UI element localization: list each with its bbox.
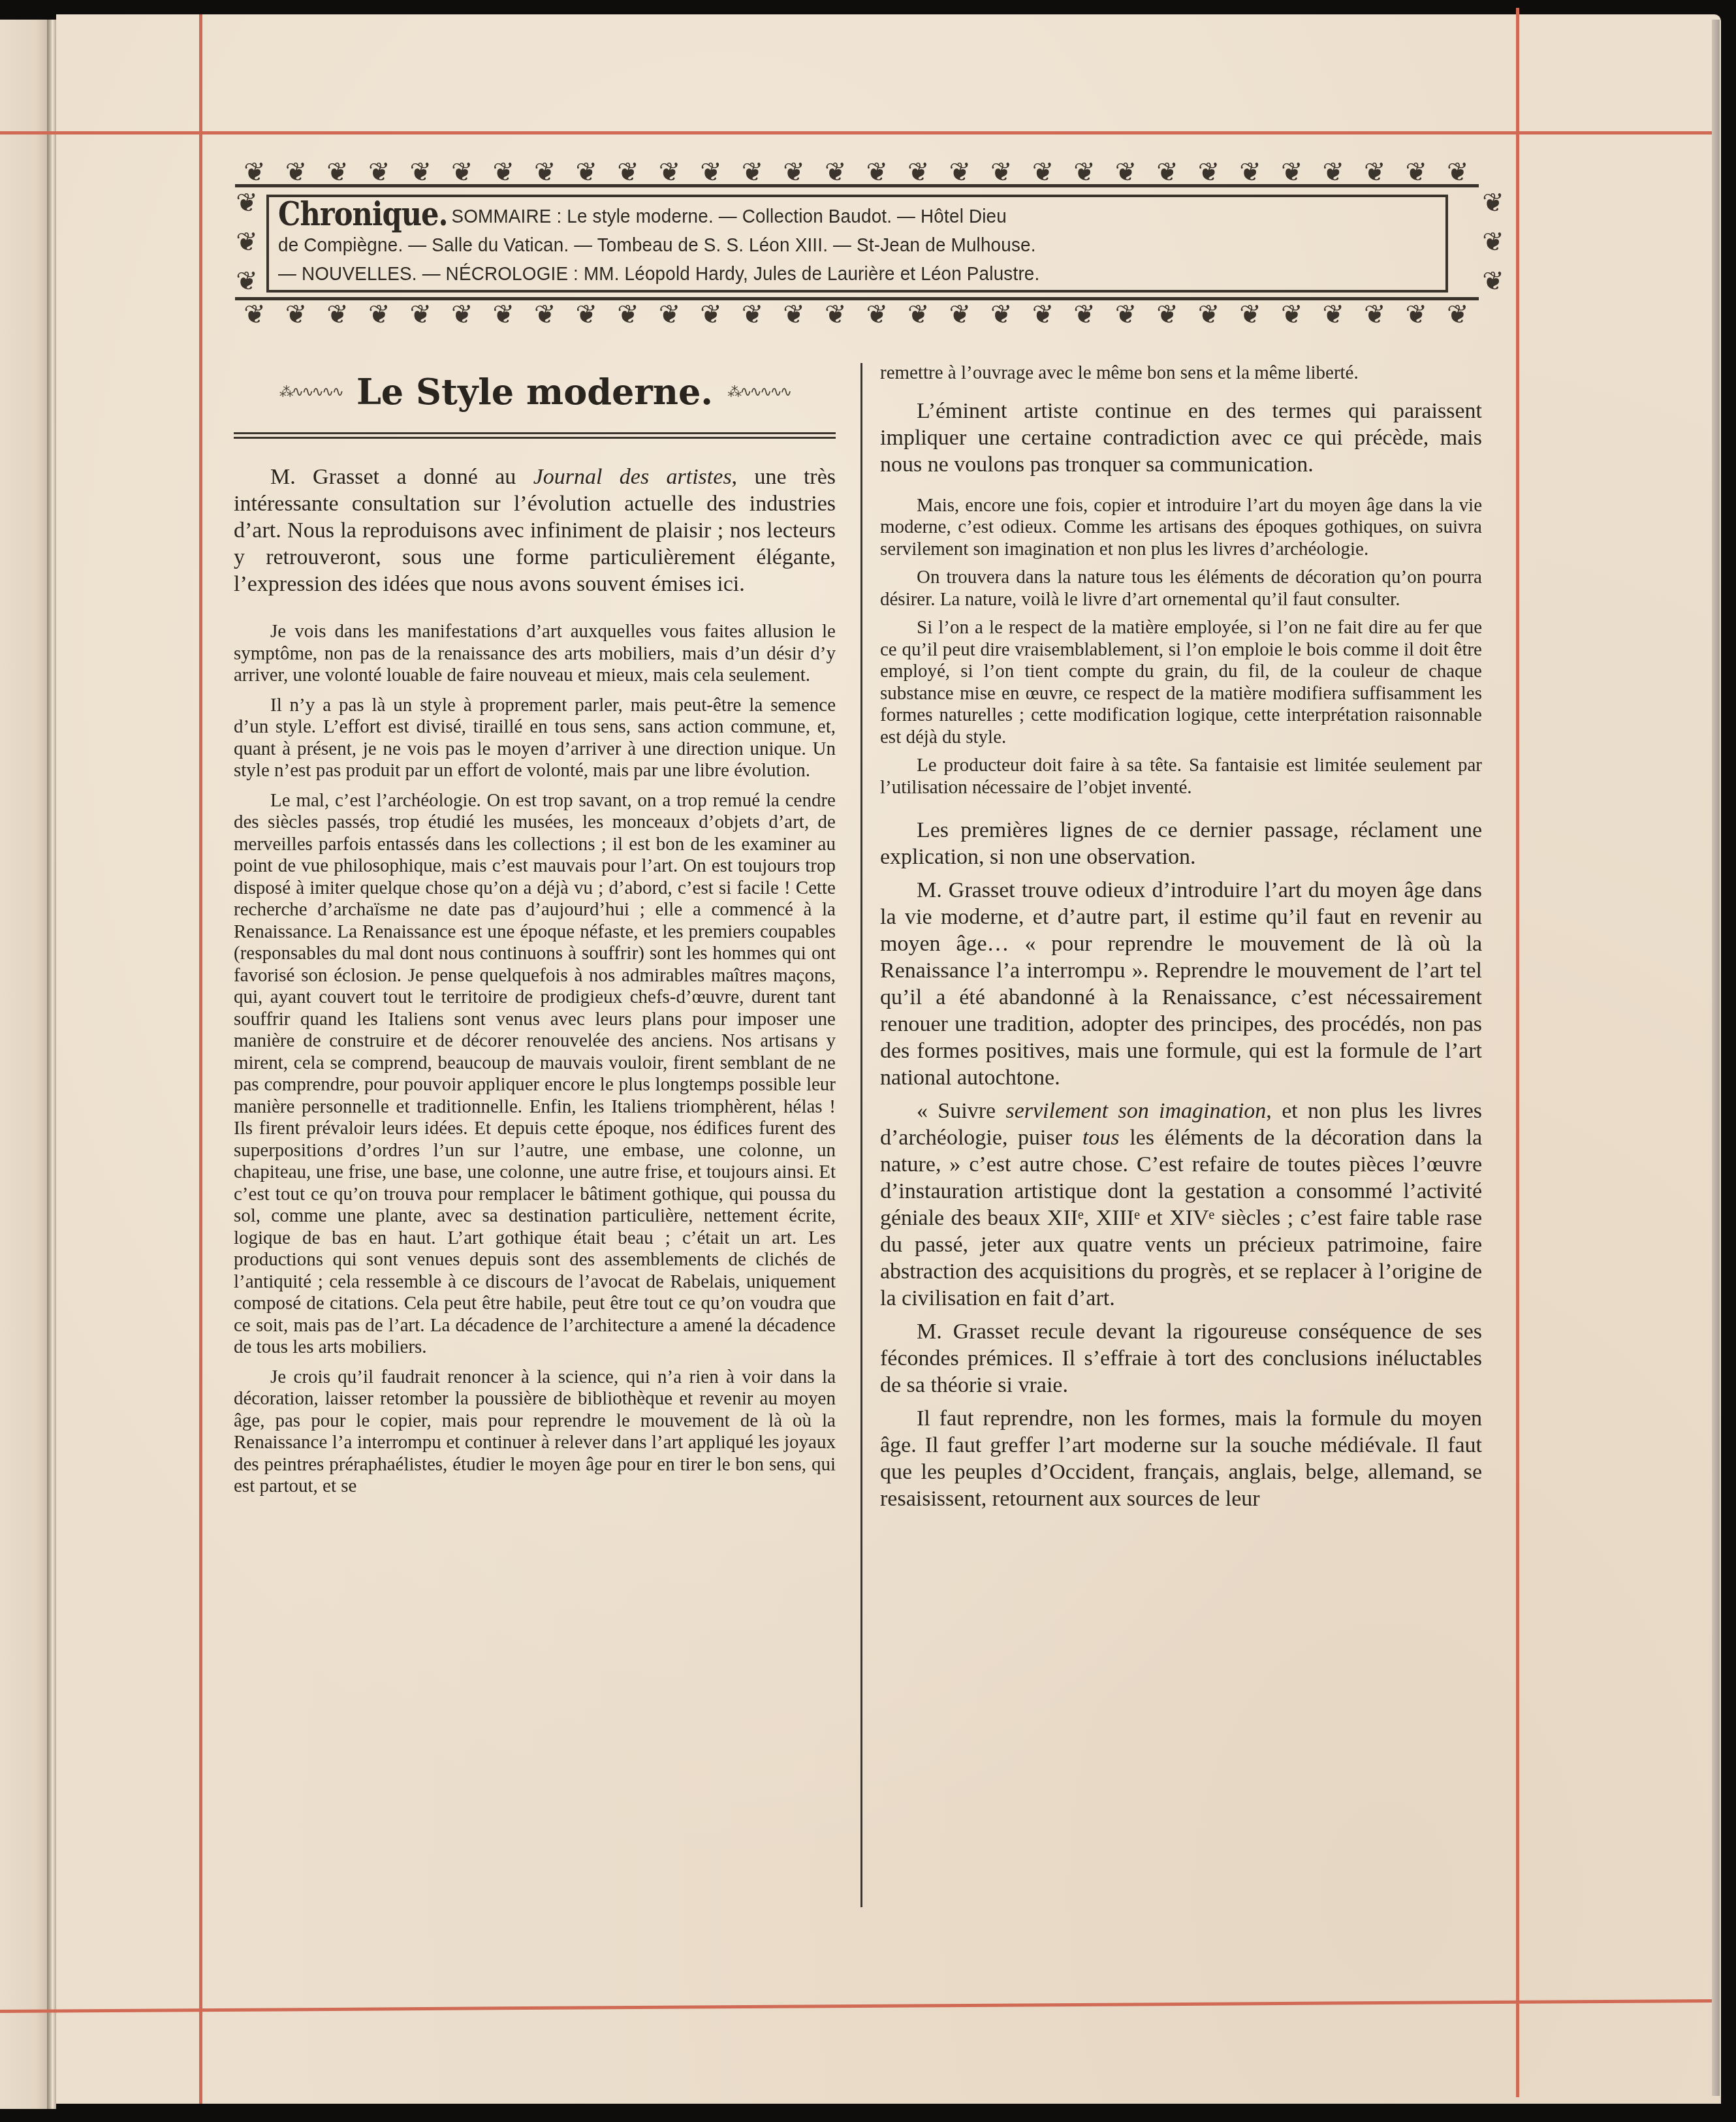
zigzag-ornament-icon: ⁂∿∿∿∿∿: [727, 384, 790, 400]
book-gutter: [47, 20, 56, 2109]
floral-ornament-icon: ❦: [774, 299, 815, 330]
sommaire-line-2: de Compiègne. — Salle du Vatican. — Tomb…: [278, 231, 1390, 260]
zigzag-ornament-icon: ⁂∿∿∿∿∿: [279, 384, 342, 400]
double-rule-divider: [234, 432, 836, 439]
floral-ornament-icon: ❦: [1314, 299, 1354, 330]
floral-ornament-icon: ❦: [526, 299, 566, 330]
sommaire-label: SOMMAIRE :: [451, 206, 561, 227]
chronique-banner: ❦ ❦ ❦ ❦ ❦ ❦ ❦ ❦ ❦ ❦ ❦ ❦ ❦ ❦ ❦ ❦ ❦ ❦ ❦ ❦ …: [235, 157, 1479, 330]
floral-ornament-icon: ❦: [691, 299, 732, 330]
floral-ornament-icon: ❦: [1065, 157, 1105, 188]
floral-ornament-icon: ❦: [443, 299, 483, 330]
quote-paragraph: On trouvera dans la nature tous les élém…: [880, 567, 1482, 610]
floral-ornament-icon: ❦: [360, 157, 400, 188]
floral-ornament-icon: ❦: [733, 299, 774, 330]
floral-ornament-icon: ❦: [733, 157, 774, 188]
floral-ornament-icon: ❦: [982, 157, 1022, 188]
floral-ornament-icon: ❦: [318, 157, 358, 188]
floral-ornament-icon: ❦: [1479, 227, 1507, 257]
quote-text: « Suivre: [917, 1099, 1005, 1123]
article-title: Le Style moderne.: [356, 371, 713, 413]
floral-ornament-icon: ❦: [1148, 299, 1188, 330]
floral-ornament-icon: ❦: [567, 157, 607, 188]
quote-paragraph: Le mal, c’est l’archéologie. On est trop…: [234, 790, 836, 1359]
floral-ornament-icon: ❦: [401, 299, 441, 330]
floral-ornament-icon: ❦: [484, 299, 524, 330]
floral-ornament-icon: ❦: [1231, 157, 1271, 188]
floral-ornament-icon: ❦: [1148, 157, 1188, 188]
floral-ornament-icon: ❦: [1438, 157, 1479, 188]
floral-ornament-icon: ❦: [1106, 299, 1146, 330]
quote-paragraph: Le producteur doit faire à sa tête. Sa f…: [880, 755, 1482, 799]
quote-paragraph: Il n’y a pas là un style à proprement pa…: [234, 695, 836, 782]
quote-continuation: remettre à l’ouvrage avec le même bon se…: [880, 362, 1482, 385]
column-right: remettre à l’ouvrage avec le même bon se…: [880, 362, 1482, 1512]
floral-ornament-icon: ❦: [857, 299, 898, 330]
floral-ornament-icon: ❦: [1479, 266, 1507, 296]
floral-ornament-icon: ❦: [1106, 157, 1146, 188]
sommaire-line-1: Chronique.SOMMAIRE : Le style moderne. —…: [278, 200, 1390, 231]
commentary-paragraph: M. Grasset trouve odieux d’introduire l’…: [880, 877, 1482, 1091]
quote-paragraph: Mais, encore une fois, copier et introdu…: [880, 495, 1482, 561]
floral-ornament-border-top: ❦ ❦ ❦ ❦ ❦ ❦ ❦ ❦ ❦ ❦ ❦ ❦ ❦ ❦ ❦ ❦ ❦ ❦ ❦ ❦ …: [235, 157, 1479, 188]
floral-ornament-icon: ❦: [235, 299, 276, 330]
commentary-paragraph: M. Grasset recule devant la rigoureuse c…: [880, 1318, 1482, 1399]
floral-ornament-icon: ❦: [940, 157, 981, 188]
floral-ornament-icon: ❦: [816, 157, 857, 188]
floral-ornament-icon: ❦: [1397, 157, 1437, 188]
floral-ornament-icon: ❦: [360, 299, 400, 330]
red-margin-rule-right: [1516, 8, 1519, 2097]
quote-paragraph: Si l’on a le respect de la matière emplo…: [880, 617, 1482, 748]
floral-ornament-icon: ❦: [1190, 157, 1230, 188]
commentary-text: les éléments de la décoration dans la na…: [880, 1126, 1482, 1310]
floral-ornament-icon: ❦: [1355, 299, 1396, 330]
floral-ornament-icon: ❦: [443, 157, 483, 188]
intro-paragraph: M. Grasset a donné au Journal des artist…: [234, 464, 836, 597]
floral-ornament-icon: ❦: [277, 299, 317, 330]
floral-ornament-icon: ❦: [899, 157, 939, 188]
commentary-paragraph: « Suivre servilement son imagination, et…: [880, 1098, 1482, 1312]
floral-ornament-icon: ❦: [1272, 299, 1313, 330]
floral-ornament-icon: ❦: [1397, 299, 1437, 330]
floral-ornament-icon: ❦: [1190, 299, 1230, 330]
floral-ornament-icon: ❦: [277, 157, 317, 188]
emphasis-text: tous: [1082, 1126, 1120, 1150]
floral-ornament-icon: ❦: [774, 157, 815, 188]
floral-ornament-icon: ❦: [691, 157, 732, 188]
facing-page-edge: [0, 20, 51, 2109]
commentary-paragraph: Les premières lignes de ce dernier passa…: [880, 817, 1482, 870]
floral-ornament-icon: ❦: [401, 157, 441, 188]
journal-title: Journal des artistes: [533, 465, 732, 489]
floral-ornament-border-right: ❦ ❦ ❦: [1479, 183, 1507, 300]
red-margin-rule-left: [199, 14, 202, 2104]
section-title-chronique: Chronique.: [278, 195, 448, 233]
red-margin-rule-top: [0, 131, 1712, 135]
floral-ornament-icon: ❦: [1065, 299, 1105, 330]
floral-ornament-icon: ❦: [608, 157, 649, 188]
floral-ornament-icon: ❦: [1272, 157, 1313, 188]
intro-text: M. Grasset a donné au: [270, 465, 533, 489]
floral-ornament-icon: ❦: [940, 299, 981, 330]
quote-paragraph: Je crois qu’il faudrait renoncer à la sc…: [234, 1367, 836, 1498]
floral-ornament-icon: ❦: [899, 299, 939, 330]
floral-ornament-icon: ❦: [526, 157, 566, 188]
floral-ornament-icon: ❦: [1314, 157, 1354, 188]
page-stack-edge: [1712, 20, 1720, 2096]
floral-ornament-icon: ❦: [1438, 299, 1479, 330]
floral-ornament-icon: ❦: [1023, 299, 1064, 330]
commentary-paragraph: Il faut reprendre, non les formes, mais …: [880, 1405, 1482, 1512]
sommaire-box: Chronique.SOMMAIRE : Le style moderne. —…: [266, 195, 1448, 293]
floral-ornament-icon: ❦: [1355, 157, 1396, 188]
floral-ornament-icon: ❦: [567, 299, 607, 330]
floral-ornament-icon: ❦: [318, 299, 358, 330]
floral-ornament-icon: ❦: [1231, 299, 1271, 330]
floral-ornament-icon: ❦: [1479, 187, 1507, 218]
floral-ornament-icon: ❦: [608, 299, 649, 330]
commentary-paragraph: L’éminent artiste continue en des termes…: [880, 398, 1482, 478]
column-divider: [860, 363, 862, 1907]
emphasis-text: servilement son imagination: [1005, 1099, 1266, 1123]
floral-ornament-icon: ❦: [816, 299, 857, 330]
sommaire-line-3: — NOUVELLES. — NÉCROLOGIE : MM. Léopold …: [278, 260, 1390, 289]
floral-ornament-border-bottom: ❦ ❦ ❦ ❦ ❦ ❦ ❦ ❦ ❦ ❦ ❦ ❦ ❦ ❦ ❦ ❦ ❦ ❦ ❦ ❦ …: [235, 299, 1479, 330]
article-heading: ⁂∿∿∿∿∿ Le Style moderne. ⁂∿∿∿∿∿: [234, 366, 836, 418]
floral-ornament-icon: ❦: [857, 157, 898, 188]
floral-ornament-icon: ❦: [650, 157, 690, 188]
floral-ornament-icon: ❦: [982, 299, 1022, 330]
floral-ornament-icon: ❦: [650, 299, 690, 330]
sommaire-text-1: Le style moderne. — Collection Baudot. —…: [561, 206, 1007, 227]
column-left: ⁂∿∿∿∿∿ Le Style moderne. ⁂∿∿∿∿∿ M. Grass…: [234, 366, 836, 1498]
floral-ornament-icon: ❦: [1023, 157, 1064, 188]
quote-paragraph: Je vois dans les manifestations d’art au…: [234, 621, 836, 687]
floral-ornament-icon: ❦: [484, 157, 524, 188]
